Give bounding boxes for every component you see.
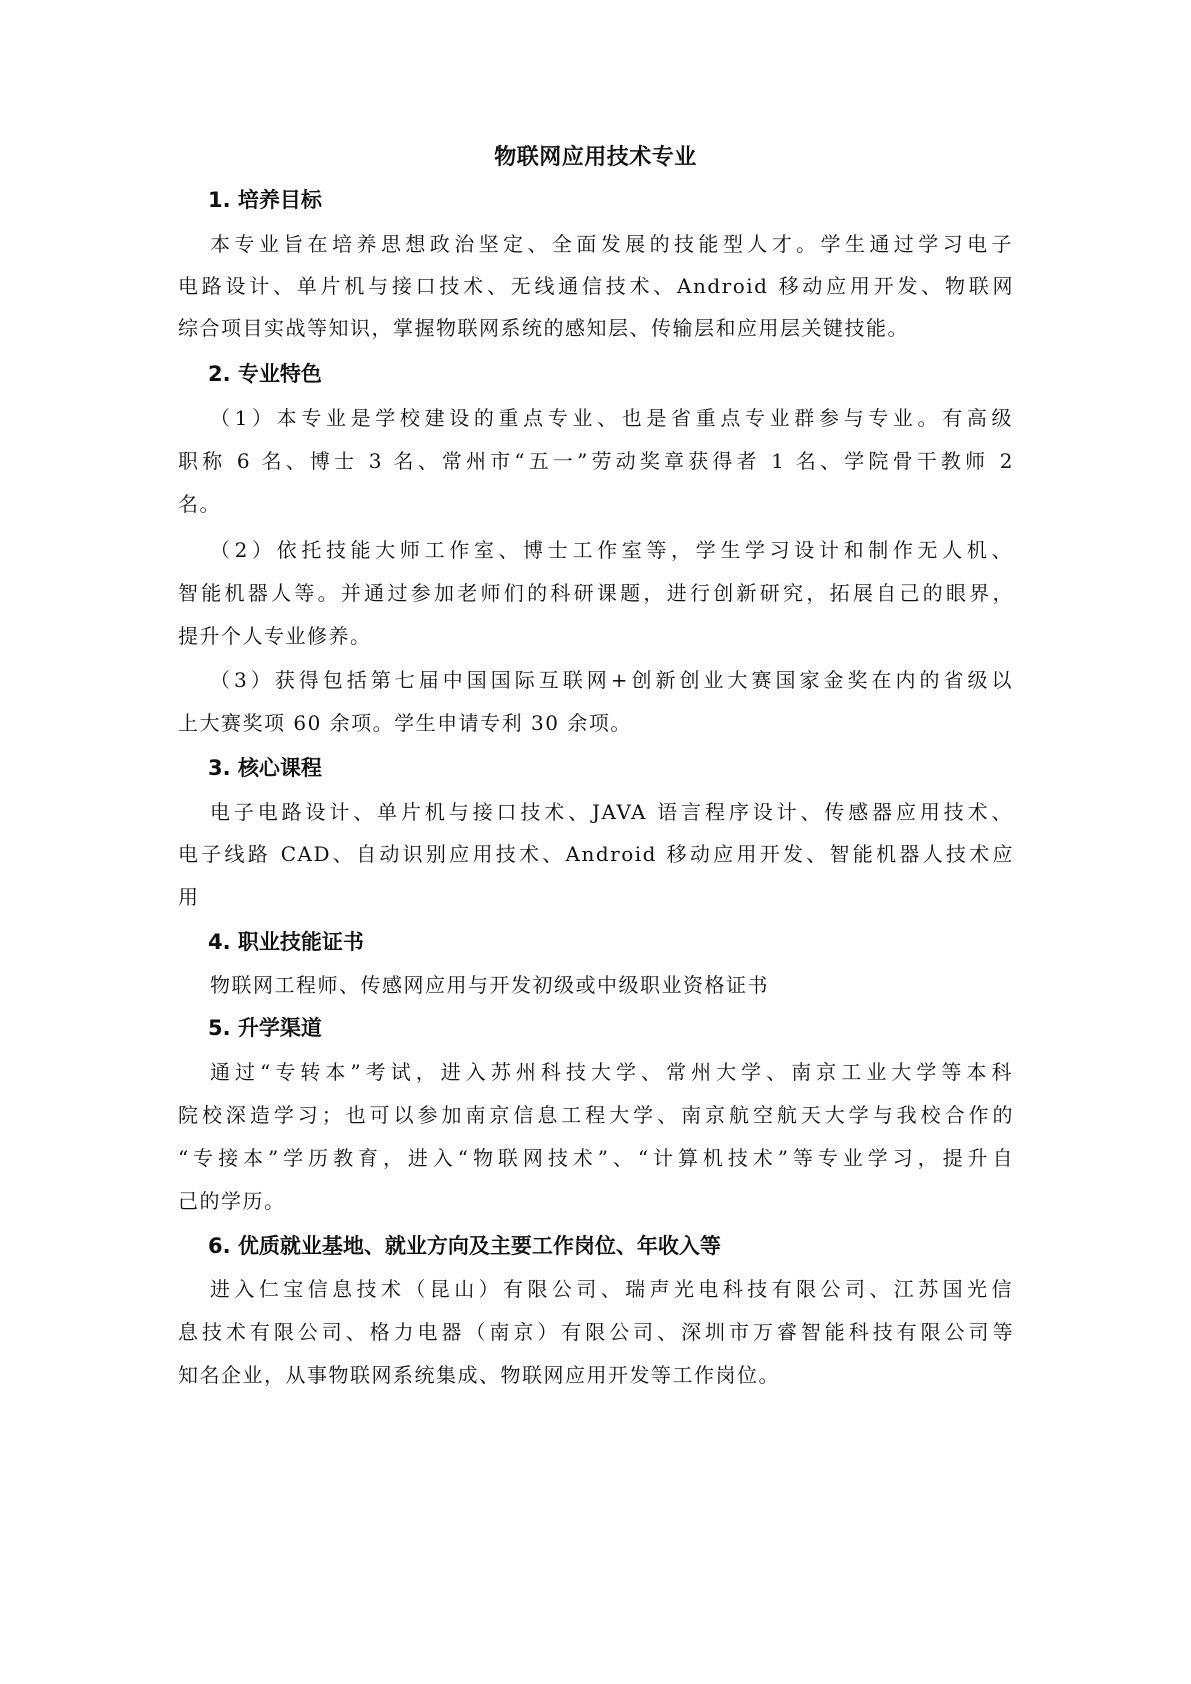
paragraph-line: （1）本专业是学校建设的重点专业、也是省重点专业群参与专业。有高级 — [210, 403, 1013, 433]
paragraph-line: 电子电路设计、单片机与接口技术、JAVA 语言程序设计、传感器应用技术、 — [210, 797, 1013, 827]
paragraph-line: 本专业旨在培养思想政治坚定、全面发展的技能型人才。学生通过学习电子 — [210, 229, 1013, 259]
paragraph-line: “专接本”学历教育，进入“物联网技术”、“计算机技术”等专业学习，提升自 — [178, 1143, 1014, 1173]
document-page: 物联网应用技术专业 1. 培养目标 本专业旨在培养思想政治坚定、全面发展的技能型… — [0, 0, 1191, 1684]
paragraph-line: 上大赛奖项 60 余项。学生申请专利 30 余项。 — [178, 708, 632, 738]
section-heading-employment: 6. 优质就业基地、就业方向及主要工作岗位、年收入等 — [208, 1231, 721, 1261]
section-heading-further-study: 5. 升学渠道 — [208, 1013, 322, 1043]
paragraph-line: 院校深造学习；也可以参加南京信息工程大学、南京航空航天大学与我校合作的 — [178, 1100, 1014, 1130]
paragraph-line: 己的学历。 — [178, 1186, 286, 1216]
paragraph-line: 电子线路 CAD、自动识别应用技术、Android 移动应用开发、智能机器人技术… — [178, 839, 1014, 869]
paragraph-line: （2）依托技能大师工作室、博士工作室等，学生学习设计和制作无人机、 — [210, 535, 1013, 565]
paragraph-line: 综合项目实战等知识，掌握物联网系统的感知层、传输层和应用层关键技能。 — [178, 313, 909, 343]
section-heading-certificates: 4. 职业技能证书 — [208, 927, 364, 957]
section-heading-features: 2. 专业特色 — [208, 359, 322, 389]
paragraph-line: 息技术有限公司、格力电器（南京）有限公司、深圳市万睿智能科技有限公司等 — [178, 1317, 1014, 1347]
paragraph-line: （3）获得包括第七届中国国际互联网+创新创业大赛国家金奖在内的省级以 — [210, 665, 1013, 695]
paragraph-line: 智能机器人等。并通过参加老师们的科研课题，进行创新研究，拓展自己的眼界， — [178, 578, 1014, 608]
paragraph-line: 职称 6 名、博士 3 名、常州市“五一”劳动奖章获得者 1 名、学院骨干教师 … — [178, 446, 1014, 476]
paragraph-line: 通过“专转本”考试，进入苏州科技大学、常州大学、南京工业大学等本科 — [210, 1057, 1013, 1087]
paragraph-line: 用 — [178, 882, 200, 912]
paragraph-line: 物联网工程师、传感网应用与开发初级或中级职业资格证书 — [210, 970, 769, 1000]
paragraph-line: 提升个人专业修养。 — [178, 621, 372, 651]
document-title: 物联网应用技术专业 — [0, 143, 1191, 173]
section-heading-core-courses: 3. 核心课程 — [208, 753, 322, 783]
paragraph-line: 电路设计、单片机与接口技术、无线通信技术、Android 移动应用开发、物联网 — [178, 271, 1014, 301]
paragraph-line: 进入仁宝信息技术（昆山）有限公司、瑞声光电科技有限公司、江苏国光信 — [210, 1274, 1013, 1304]
paragraph-line: 知名企业，从事物联网系统集成、物联网应用开发等工作岗位。 — [178, 1360, 780, 1390]
section-heading-training-goals: 1. 培养目标 — [208, 185, 322, 215]
paragraph-line: 名。 — [178, 489, 221, 519]
